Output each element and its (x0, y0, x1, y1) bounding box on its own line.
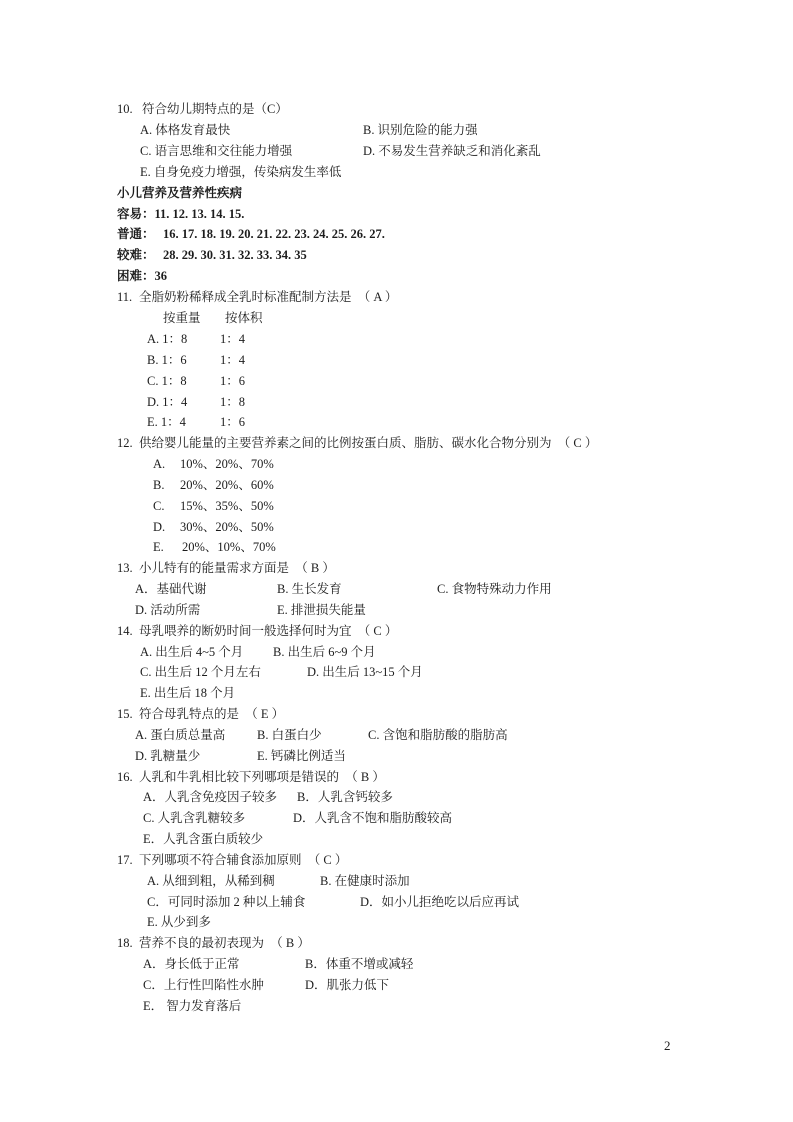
q13-stem: 13.小儿特有的能量需求方面是 （ B ） (0, 558, 793, 579)
q12-option-d-seg-0: D. (153, 517, 165, 537)
q13-options-abc-seg-2: C. 食物特殊动力作用 (437, 579, 552, 599)
q15-options-abc-seg-2: C. 含饱和脂肪酸的脂肪高 (368, 725, 508, 745)
q11-option-a-seg-0: A. 1：8 (147, 329, 187, 349)
q14-stem-seg-1: 母乳喂养的断奶时间一般选择何时为宜 （ C ） (139, 621, 397, 641)
q17-stem: 17.下列哪项不符合辅食添加原则 （ C ） (0, 850, 793, 871)
q10-option-e: E. 自身免疫力增强，传染病发生率低 (0, 162, 793, 183)
q14-stem-seg-0: 14. (117, 621, 133, 641)
q17-options-cd: C．可同时添加 2 种以上辅食D．如小儿拒绝吃以后应再试 (0, 892, 793, 913)
difficulty-harder: 较难：28. 29. 30. 31. 32. 33. 34. 35 (0, 245, 793, 266)
q16-options-cd: C. 人乳含乳糖较多D．人乳含不饱和脂肪酸较高 (0, 808, 793, 829)
q15-options-de-seg-1: E. 钙磷比例适当 (257, 746, 346, 766)
q18-options-ab-seg-0: A．身长低于正常 (143, 954, 240, 974)
q16-stem-seg-0: 16. (117, 767, 133, 787)
q12-option-d-seg-1: 30%、20%、50% (180, 517, 274, 537)
q11-option-c-seg-0: C. 1：8 (147, 371, 187, 391)
q12-option-d: D.30%、20%、50% (0, 517, 793, 538)
q16-stem-seg-1: 人乳和牛乳相比较下列哪项是错误的 （ B ） (139, 767, 385, 787)
q17-option-e-seg-0: E. 从少到多 (147, 912, 211, 932)
q10-stem: 10.符合幼儿期特点的是（C） (0, 99, 793, 120)
q13-options-abc: A．基础代谢B. 生长发育C. 食物特殊动力作用 (0, 579, 793, 600)
q11-stem: 11.全脂奶粉稀释成全乳时标准配制方法是 （ A ） (0, 287, 793, 308)
q11-option-e: E. 1：41：6 (0, 412, 793, 433)
q11-table-header: 按重量按体积 (0, 308, 793, 329)
q12-option-b: B.20%、20%、60% (0, 475, 793, 496)
q13-options-abc-seg-0: A．基础代谢 (135, 579, 207, 599)
q11-option-b-seg-0: B. 1：6 (147, 350, 187, 370)
q18-options-ab: A．身长低于正常B．体重不增或减轻 (0, 954, 793, 975)
q10-option-e-seg-0: E. 自身免疫力增强，传染病发生率低 (140, 162, 341, 182)
q11-option-d-seg-1: 1：8 (220, 392, 245, 412)
q13-options-de-seg-1: E. 排泄损失能量 (277, 600, 366, 620)
q18-option-e: E． 智力发育落后 (0, 996, 793, 1017)
q14-options-ab: A. 出生后 4~5 个月B. 出生后 6~9 个月 (0, 642, 793, 663)
q11-option-d: D. 1：41：8 (0, 392, 793, 413)
difficulty-hard-seg-0: 困难：36 (117, 266, 167, 286)
q16-options-ab-seg-0: A．人乳含免疫因子较多 (143, 787, 277, 807)
difficulty-harder-seg-0: 较难： (117, 245, 155, 265)
q10-options-cd-seg-1: D. 不易发生营养缺乏和消化紊乱 (363, 141, 541, 161)
q16-option-e: E．人乳含蛋白质较少 (0, 829, 793, 850)
q11-option-b: B. 1：61：4 (0, 350, 793, 371)
q13-stem-seg-0: 13. (117, 558, 133, 578)
q18-stem-seg-1: 营养不良的最初表现为 （ B ） (139, 933, 310, 953)
difficulty-easy: 容易：11. 12. 13. 14. 15. (0, 204, 793, 225)
q15-options-de-seg-0: D. 乳糖量少 (135, 746, 200, 766)
q11-option-d-seg-0: D. 1：4 (147, 392, 187, 412)
difficulty-easy-seg-0: 容易：11. 12. 13. 14. 15. (117, 204, 244, 224)
q14-option-e: E. 出生后 18 个月 (0, 683, 793, 704)
q14-stem: 14.母乳喂养的断奶时间一般选择何时为宜 （ C ） (0, 621, 793, 642)
q12-option-e-seg-0: E. (153, 537, 164, 557)
q14-options-cd: C. 出生后 12 个月左右D. 出生后 13~15 个月 (0, 662, 793, 683)
page-number: 2 (664, 1038, 671, 1054)
q17-option-e: E. 从少到多 (0, 912, 793, 933)
q10-stem-seg-0: 10. (117, 99, 133, 119)
q11-option-a: A. 1：81：4 (0, 329, 793, 350)
q12-option-a-seg-1: 10%、20%、70% (180, 454, 274, 474)
q14-options-ab-seg-0: A. 出生后 4~5 个月 (140, 642, 243, 662)
q12-option-c-seg-0: C. (153, 496, 164, 516)
q12-option-e-seg-1: 20%、10%、70% (182, 537, 276, 557)
q10-options-cd: C. 语言思维和交往能力增强D. 不易发生营养缺乏和消化紊乱 (0, 141, 793, 162)
q11-stem-seg-0: 11. (117, 287, 132, 307)
q18-options-cd: C．上行性凹陷性水肿D．肌张力低下 (0, 975, 793, 996)
q18-options-ab-seg-1: B．体重不增或减轻 (305, 954, 413, 974)
q11-table-header-seg-0: 按重量 (163, 308, 201, 328)
q14-options-cd-seg-1: D. 出生后 13~15 个月 (307, 662, 423, 682)
q16-options-cd-seg-0: C. 人乳含乳糖较多 (143, 808, 245, 828)
q14-options-cd-seg-0: C. 出生后 12 个月左右 (140, 662, 261, 682)
q10-options-ab-seg-0: A. 体格发育最快 (140, 120, 230, 140)
q10-options-ab-seg-1: B. 识别危险的能力强 (363, 120, 478, 140)
q12-stem-seg-1: 供给婴儿能量的主要营养素之间的比例按蛋白质、脂肪、碳水化合物分别为 （ C ） (139, 433, 597, 453)
q18-options-cd-seg-1: D．肌张力低下 (305, 975, 389, 995)
q12-option-b-seg-1: 20%、20%、60% (180, 475, 274, 495)
q16-options-cd-seg-1: D．人乳含不饱和脂肪酸较高 (293, 808, 452, 828)
q11-option-e-seg-1: 1：6 (220, 412, 245, 432)
q18-option-e-seg-0: E． 智力发育落后 (143, 996, 241, 1016)
q16-stem: 16.人乳和牛乳相比较下列哪项是错误的 （ B ） (0, 767, 793, 788)
q15-stem-seg-0: 15. (117, 704, 133, 724)
q11-stem-seg-1: 全脂奶粉稀释成全乳时标准配制方法是 （ A ） (139, 287, 397, 307)
q18-stem: 18.营养不良的最初表现为 （ B ） (0, 933, 793, 954)
document-page: 10.符合幼儿期特点的是（C）A. 体格发育最快B. 识别危险的能力强C. 语言… (0, 0, 793, 1122)
q14-option-e-seg-0: E. 出生后 18 个月 (140, 683, 235, 703)
q10-options-cd-seg-0: C. 语言思维和交往能力增强 (140, 141, 292, 161)
q12-option-b-seg-0: B. (153, 475, 164, 495)
q15-options-abc: A. 蛋白质总量高B. 白蛋白少C. 含饱和脂肪酸的脂肪高 (0, 725, 793, 746)
q11-option-e-seg-0: E. 1：4 (147, 412, 186, 432)
q13-options-de: D. 活动所需E. 排泄损失能量 (0, 600, 793, 621)
difficulty-normal: 普通：16. 17. 18. 19. 20. 21. 22. 23. 24. 2… (0, 224, 793, 245)
q11-table-header-seg-1: 按体积 (225, 308, 263, 328)
section-title-seg-0: 小儿营养及营养性疾病 (117, 183, 242, 203)
section-title: 小儿营养及营养性疾病 (0, 183, 793, 204)
q17-stem-seg-0: 17. (117, 850, 133, 870)
q16-options-ab: A．人乳含免疫因子较多B．人乳含钙较多 (0, 787, 793, 808)
q11-option-c-seg-1: 1：6 (220, 371, 245, 391)
q17-options-cd-seg-1: D．如小儿拒绝吃以后应再试 (360, 892, 519, 912)
q12-option-a: A.10%、20%、70% (0, 454, 793, 475)
q18-stem-seg-0: 18. (117, 933, 133, 953)
q12-option-a-seg-0: A. (153, 454, 165, 474)
q15-options-abc-seg-0: A. 蛋白质总量高 (135, 725, 225, 745)
q18-options-cd-seg-0: C．上行性凹陷性水肿 (143, 975, 264, 995)
difficulty-normal-seg-0: 普通： (117, 224, 155, 244)
q16-options-ab-seg-1: B．人乳含钙较多 (297, 787, 393, 807)
q17-options-ab-seg-1: B. 在健康时添加 (320, 871, 410, 891)
difficulty-harder-seg-1: 28. 29. 30. 31. 32. 33. 34. 35 (163, 245, 307, 265)
q17-options-cd-seg-0: C．可同时添加 2 种以上辅食 (147, 892, 305, 912)
q17-options-ab-seg-0: A. 从细到粗，从稀到稠 (147, 871, 275, 891)
q11-option-c: C. 1：81：6 (0, 371, 793, 392)
q15-stem-seg-1: 符合母乳特点的是 （ E ） (139, 704, 284, 724)
q13-stem-seg-1: 小儿特有的能量需求方面是 （ B ） (139, 558, 335, 578)
q12-stem-seg-0: 12. (117, 433, 133, 453)
q12-option-c: C.15%、35%、50% (0, 496, 793, 517)
q12-stem: 12.供给婴儿能量的主要营养素之间的比例按蛋白质、脂肪、碳水化合物分别为 （ C… (0, 433, 793, 454)
q17-stem-seg-1: 下列哪项不符合辅食添加原则 （ C ） (139, 850, 347, 870)
q13-options-abc-seg-1: B. 生长发育 (277, 579, 342, 599)
q12-option-e: E.20%、10%、70% (0, 537, 793, 558)
q10-stem-seg-1: 符合幼儿期特点的是（C） (142, 99, 288, 119)
difficulty-hard: 困难：36 (0, 266, 793, 287)
q17-options-ab: A. 从细到粗，从稀到稠B. 在健康时添加 (0, 871, 793, 892)
q10-options-ab: A. 体格发育最快B. 识别危险的能力强 (0, 120, 793, 141)
q11-option-b-seg-1: 1：4 (220, 350, 245, 370)
q12-option-c-seg-1: 15%、35%、50% (180, 496, 274, 516)
q15-options-de: D. 乳糖量少E. 钙磷比例适当 (0, 746, 793, 767)
q13-options-de-seg-0: D. 活动所需 (135, 600, 200, 620)
difficulty-normal-seg-1: 16. 17. 18. 19. 20. 21. 22. 23. 24. 25. … (163, 224, 385, 244)
q16-option-e-seg-0: E．人乳含蛋白质较少 (143, 829, 263, 849)
q11-option-a-seg-1: 1：4 (220, 329, 245, 349)
q14-options-ab-seg-1: B. 出生后 6~9 个月 (273, 642, 376, 662)
q15-options-abc-seg-1: B. 白蛋白少 (257, 725, 322, 745)
q15-stem: 15.符合母乳特点的是 （ E ） (0, 704, 793, 725)
